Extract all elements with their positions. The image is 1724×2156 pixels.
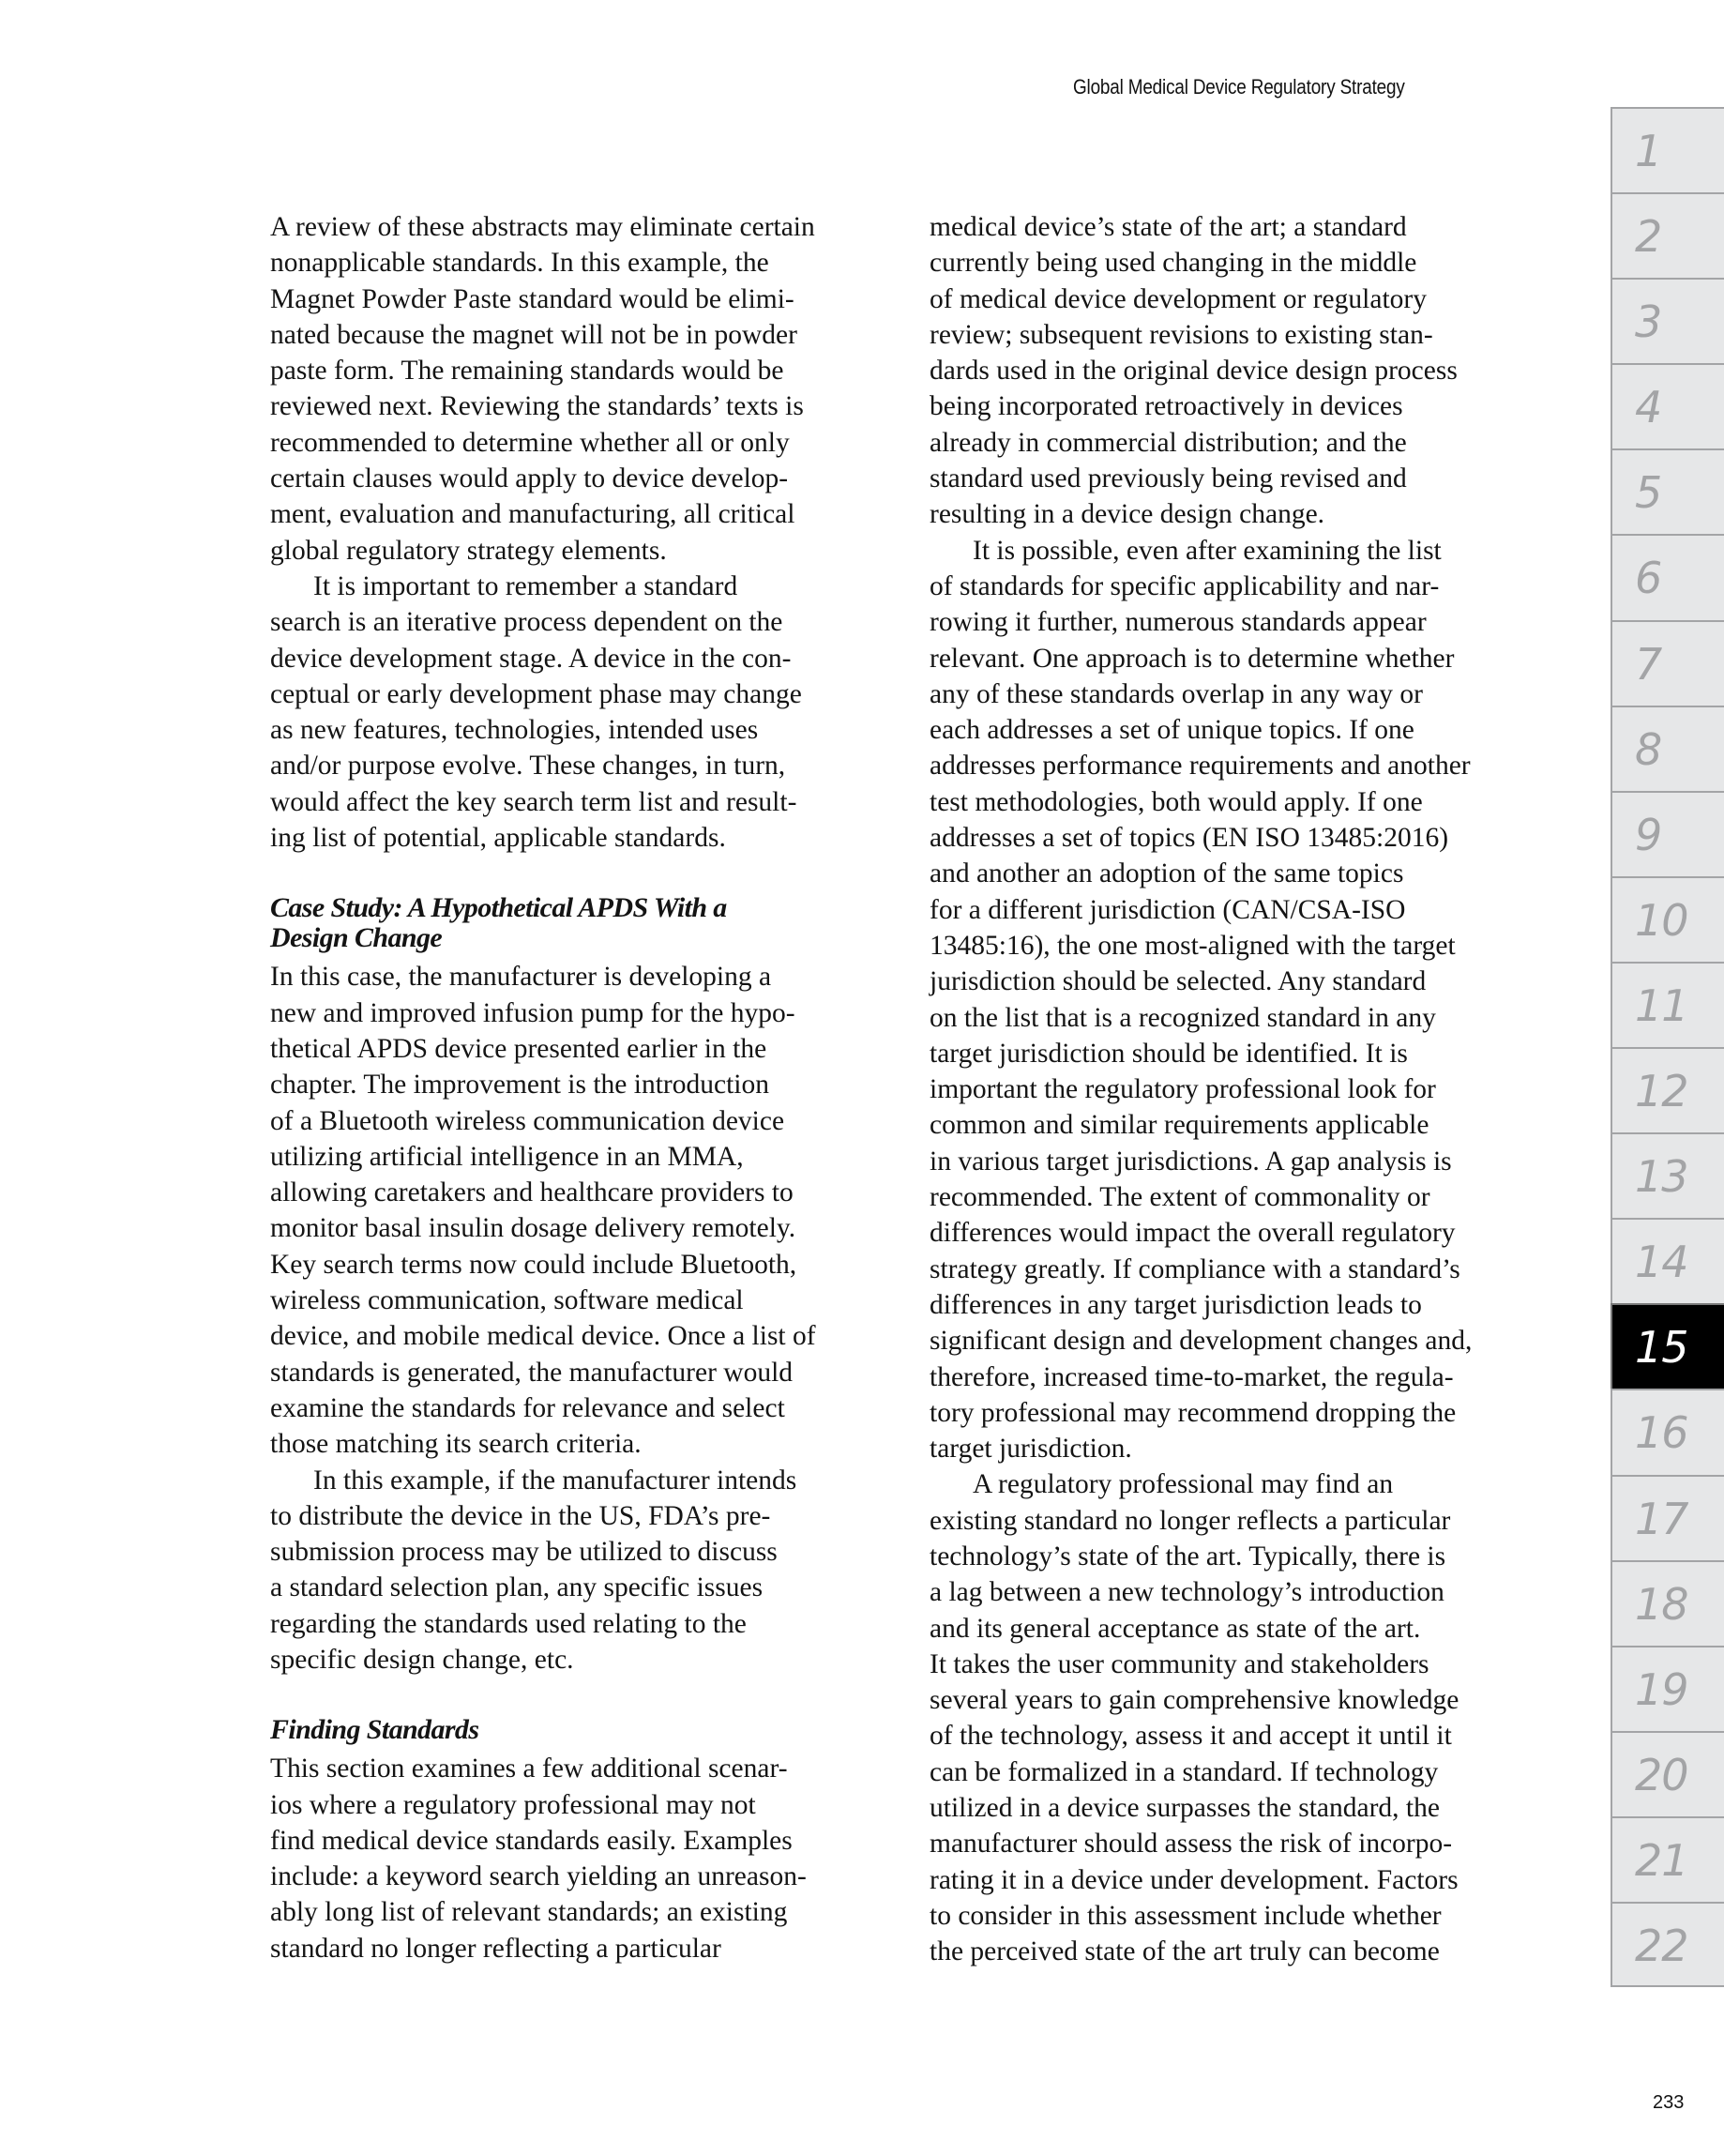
chapter-tab-number: 19 (1635, 1664, 1688, 1715)
text-line: rating it in a device under development.… (930, 1862, 1530, 1898)
text-line: each addresses a set of unique topics. I… (930, 712, 1530, 748)
text-line: Design Change (270, 923, 870, 953)
chapter-tab-number: 5 (1635, 467, 1661, 518)
chapter-tab-number: 11 (1635, 980, 1688, 1031)
text-line: allowing caretakers and healthcare provi… (270, 1175, 870, 1210)
text-line: rowing it further, numerous standards ap… (930, 604, 1530, 640)
chapter-tab-5[interactable]: 5 (1611, 448, 1724, 534)
text-line: any of these standards overlap in any wa… (930, 676, 1530, 712)
text-line: technology’s state of the art. Typically… (930, 1539, 1530, 1574)
text-line: certain clauses would apply to device de… (270, 461, 870, 496)
text-line: ios where a regulatory professional may … (270, 1787, 870, 1823)
chapter-tab-22[interactable]: 22 (1611, 1902, 1724, 1987)
text-line: test methodologies, both would apply. If… (930, 784, 1530, 820)
paragraph: A regulatory professional may find anexi… (930, 1466, 1530, 1969)
paragraph: It is possible, even after examining the… (930, 533, 1530, 1467)
paragraph: A review of these abstracts may eliminat… (270, 209, 870, 569)
text-line: A regulatory professional may find an (930, 1466, 1530, 1502)
text-line: Case Study: A Hypothetical APDS With a (270, 893, 870, 923)
paragraph: It is important to remember a standardse… (270, 569, 870, 856)
text-line: It is possible, even after examining the… (930, 533, 1530, 569)
text-line: Key search terms now could include Bluet… (270, 1247, 870, 1283)
section-gap (270, 856, 870, 893)
section-heading-case-study: Case Study: A Hypothetical APDS With aDe… (270, 893, 870, 953)
text-line: search is an iterative process dependent… (270, 604, 870, 640)
text-line: standards is generated, the manufacturer… (270, 1355, 870, 1390)
chapter-tab-number: 2 (1635, 211, 1661, 262)
chapter-tab-strip: 12345678910111213141516171819202122 (1611, 107, 1724, 1987)
text-line: as new features, technologies, intended … (270, 712, 870, 748)
text-line: Finding Standards (270, 1715, 870, 1745)
text-line: strategy greatly. If compliance with a s… (930, 1252, 1530, 1287)
text-line: specific design change, etc. (270, 1642, 870, 1678)
text-line: standard no longer reflecting a particul… (270, 1931, 870, 1966)
text-line: resulting in a device design change. (930, 496, 1530, 532)
text-line: examine the standards for relevance and … (270, 1390, 870, 1426)
chapter-tab-number: 15 (1635, 1322, 1688, 1373)
text-line: target jurisdiction. (930, 1431, 1530, 1466)
chapter-tab-number: 21 (1635, 1835, 1688, 1886)
chapter-tab-number: 3 (1635, 296, 1661, 347)
text-line: and its general acceptance as state of t… (930, 1611, 1530, 1647)
text-line: regarding the standards used relating to… (270, 1606, 870, 1642)
text-line: submission process may be utilized to di… (270, 1534, 870, 1570)
chapter-tab-14[interactable]: 14 (1611, 1218, 1724, 1303)
text-line: new and improved infusion pump for the h… (270, 995, 870, 1031)
text-line: recommended to determine whether all or … (270, 425, 870, 461)
text-line: Magnet Powder Paste standard would be el… (270, 281, 870, 317)
chapter-tab-17[interactable]: 17 (1611, 1475, 1724, 1560)
text-line: addresses a set of topics (EN ISO 13485:… (930, 820, 1530, 856)
chapter-tab-11[interactable]: 11 (1611, 962, 1724, 1047)
chapter-tab-number: 12 (1635, 1066, 1688, 1116)
text-line: jurisdiction should be selected. Any sta… (930, 964, 1530, 999)
chapter-tab-number: 14 (1635, 1237, 1688, 1287)
text-line: being incorporated retroactively in devi… (930, 388, 1530, 424)
text-line: several years to gain comprehensive know… (930, 1682, 1530, 1718)
text-line: significant design and development chang… (930, 1323, 1530, 1359)
chapter-tab-15[interactable]: 15 (1611, 1303, 1724, 1389)
text-line: ing list of potential, applicable standa… (270, 820, 870, 856)
text-line: differences in any target jurisdiction l… (930, 1287, 1530, 1323)
text-line: in various target jurisdictions. A gap a… (930, 1144, 1530, 1179)
text-line: nated because the magnet will not be in … (270, 317, 870, 353)
chapter-tab-number: 9 (1635, 810, 1661, 860)
text-line: In this case, the manufacturer is develo… (270, 959, 870, 994)
section-heading-finding-standards: Finding Standards (270, 1715, 870, 1745)
chapter-tab-18[interactable]: 18 (1611, 1560, 1724, 1646)
chapter-tab-9[interactable]: 9 (1611, 791, 1724, 876)
text-line: wireless communication, software medical (270, 1283, 870, 1318)
text-line: standard used previously being revised a… (930, 461, 1530, 496)
text-line: addresses performance requirements and a… (930, 748, 1530, 783)
text-line: nonapplicable standards. In this example… (270, 245, 870, 281)
text-line: ceptual or early development phase may c… (270, 676, 870, 712)
chapter-tab-21[interactable]: 21 (1611, 1816, 1724, 1902)
chapter-tab-10[interactable]: 10 (1611, 876, 1724, 962)
text-line: therefore, increased time-to-market, the… (930, 1359, 1530, 1395)
text-line: on the list that is a recognized standar… (930, 1000, 1530, 1036)
chapter-tab-number: 22 (1635, 1921, 1688, 1971)
chapter-tab-number: 1 (1635, 126, 1661, 176)
text-line: manufacturer should assess the risk of i… (930, 1826, 1530, 1861)
text-line: ably long list of relevant standards; an… (270, 1894, 870, 1930)
text-line: would affect the key search term list an… (270, 784, 870, 820)
chapter-tab-number: 4 (1635, 382, 1661, 433)
text-line: device development stage. A device in th… (270, 641, 870, 676)
text-line: utilizing artificial intelligence in an … (270, 1139, 870, 1175)
chapter-tab-number: 18 (1635, 1579, 1688, 1630)
text-line: chapter. The improvement is the introduc… (270, 1067, 870, 1102)
text-line: currently being used changing in the mid… (930, 245, 1530, 281)
text-line: ment, evaluation and manufacturing, all … (270, 496, 870, 532)
chapter-tab-16[interactable]: 16 (1611, 1389, 1724, 1474)
text-line: tory professional may recommend dropping… (930, 1395, 1530, 1431)
paragraph: medical device’s state of the art; a sta… (930, 209, 1530, 533)
text-line: A review of these abstracts may eliminat… (270, 209, 870, 245)
text-line: of standards for specific applicability … (930, 569, 1530, 604)
text-line: for a different jurisdiction (CAN/CSA-IS… (930, 892, 1530, 928)
text-line: of the technology, assess it and accept … (930, 1718, 1530, 1754)
text-line: a standard selection plan, any specific … (270, 1570, 870, 1605)
chapter-tab-number: 16 (1635, 1407, 1688, 1458)
text-line: differences would impact the overall reg… (930, 1215, 1530, 1251)
text-line: This section examines a few additional s… (270, 1751, 870, 1786)
chapter-tab-number: 17 (1635, 1494, 1688, 1544)
text-line: target jurisdiction should be identified… (930, 1036, 1530, 1071)
text-line: review; subsequent revisions to existing… (930, 317, 1530, 353)
chapter-tab-12[interactable]: 12 (1611, 1047, 1724, 1132)
running-header-title: Global Medical Device Regulatory Strateg… (1073, 75, 1452, 99)
text-line: It is important to remember a standard (270, 569, 870, 604)
chapter-tab-number: 8 (1635, 724, 1661, 775)
text-line: and another an adoption of the same topi… (930, 856, 1530, 891)
text-line: common and similar requirements applicab… (930, 1107, 1530, 1143)
text-line: and/or purpose evolve. These changes, in… (270, 748, 870, 783)
text-line: already in commercial distribution; and … (930, 425, 1530, 461)
text-line: paste form. The remaining standards woul… (270, 353, 870, 388)
chapter-tab-20[interactable]: 20 (1611, 1731, 1724, 1816)
text-line: thetical APDS device presented earlier i… (270, 1031, 870, 1067)
text-line: In this example, if the manufacturer int… (270, 1463, 870, 1498)
text-line: It takes the user community and stakehol… (930, 1647, 1530, 1682)
text-line: global regulatory strategy elements. (270, 533, 870, 569)
chapter-tab-number: 13 (1635, 1151, 1688, 1202)
right-text-column: medical device’s state of the art; a sta… (930, 209, 1530, 1970)
page-number: 233 (1653, 2092, 1684, 2114)
text-line: 13485:16), the one most-aligned with the… (930, 928, 1530, 964)
chapter-tab-number: 10 (1635, 895, 1688, 946)
left-text-column: A review of these abstracts may eliminat… (270, 209, 870, 1966)
text-line: can be formalized in a standard. If tech… (930, 1754, 1530, 1790)
paragraph: In this case, the manufacturer is develo… (270, 959, 870, 1462)
chapter-tab-number: 20 (1635, 1750, 1688, 1800)
section-gap (270, 1678, 870, 1715)
text-line: medical device’s state of the art; a sta… (930, 209, 1530, 245)
paragraph: This section examines a few additional s… (270, 1751, 870, 1966)
chapter-tab-2[interactable]: 2 (1611, 192, 1724, 278)
chapter-tab-3[interactable]: 3 (1611, 278, 1724, 363)
text-line: relevant. One approach is to determine w… (930, 641, 1530, 676)
chapter-tab-8[interactable]: 8 (1611, 706, 1724, 791)
text-line: the perceived state of the art truly can… (930, 1934, 1530, 1969)
text-line: recommended. The extent of commonality o… (930, 1179, 1530, 1215)
text-line: existing standard no longer reflects a p… (930, 1503, 1530, 1539)
text-line: device, and mobile medical device. Once … (270, 1318, 870, 1354)
chapter-tab-4[interactable]: 4 (1611, 363, 1724, 448)
chapter-tab-7[interactable]: 7 (1611, 620, 1724, 706)
text-line: monitor basal insulin dosage delivery re… (270, 1210, 870, 1246)
chapter-tab-19[interactable]: 19 (1611, 1646, 1724, 1731)
text-line: to distribute the device in the US, FDA’… (270, 1498, 870, 1534)
text-line: reviewed next. Reviewing the standards’ … (270, 388, 870, 424)
text-line: find medical device standards easily. Ex… (270, 1823, 870, 1859)
text-line: important the regulatory professional lo… (930, 1071, 1530, 1107)
chapter-tab-6[interactable]: 6 (1611, 534, 1724, 619)
text-line: to consider in this assessment include w… (930, 1898, 1530, 1934)
text-line: of medical device development or regulat… (930, 281, 1530, 317)
text-line: a lag between a new technology’s introdu… (930, 1574, 1530, 1610)
text-line: dards used in the original device design… (930, 353, 1530, 388)
chapter-tab-number: 6 (1635, 553, 1661, 603)
text-line: those matching its search criteria. (270, 1426, 870, 1462)
chapter-tab-1[interactable]: 1 (1611, 107, 1724, 192)
text-line: include: a keyword search yielding an un… (270, 1859, 870, 1894)
chapter-tab-13[interactable]: 13 (1611, 1132, 1724, 1218)
paragraph: In this example, if the manufacturer int… (270, 1463, 870, 1678)
text-line: utilized in a device surpasses the stand… (930, 1790, 1530, 1826)
chapter-tab-number: 7 (1635, 639, 1661, 690)
text-line: of a Bluetooth wireless communication de… (270, 1103, 870, 1139)
